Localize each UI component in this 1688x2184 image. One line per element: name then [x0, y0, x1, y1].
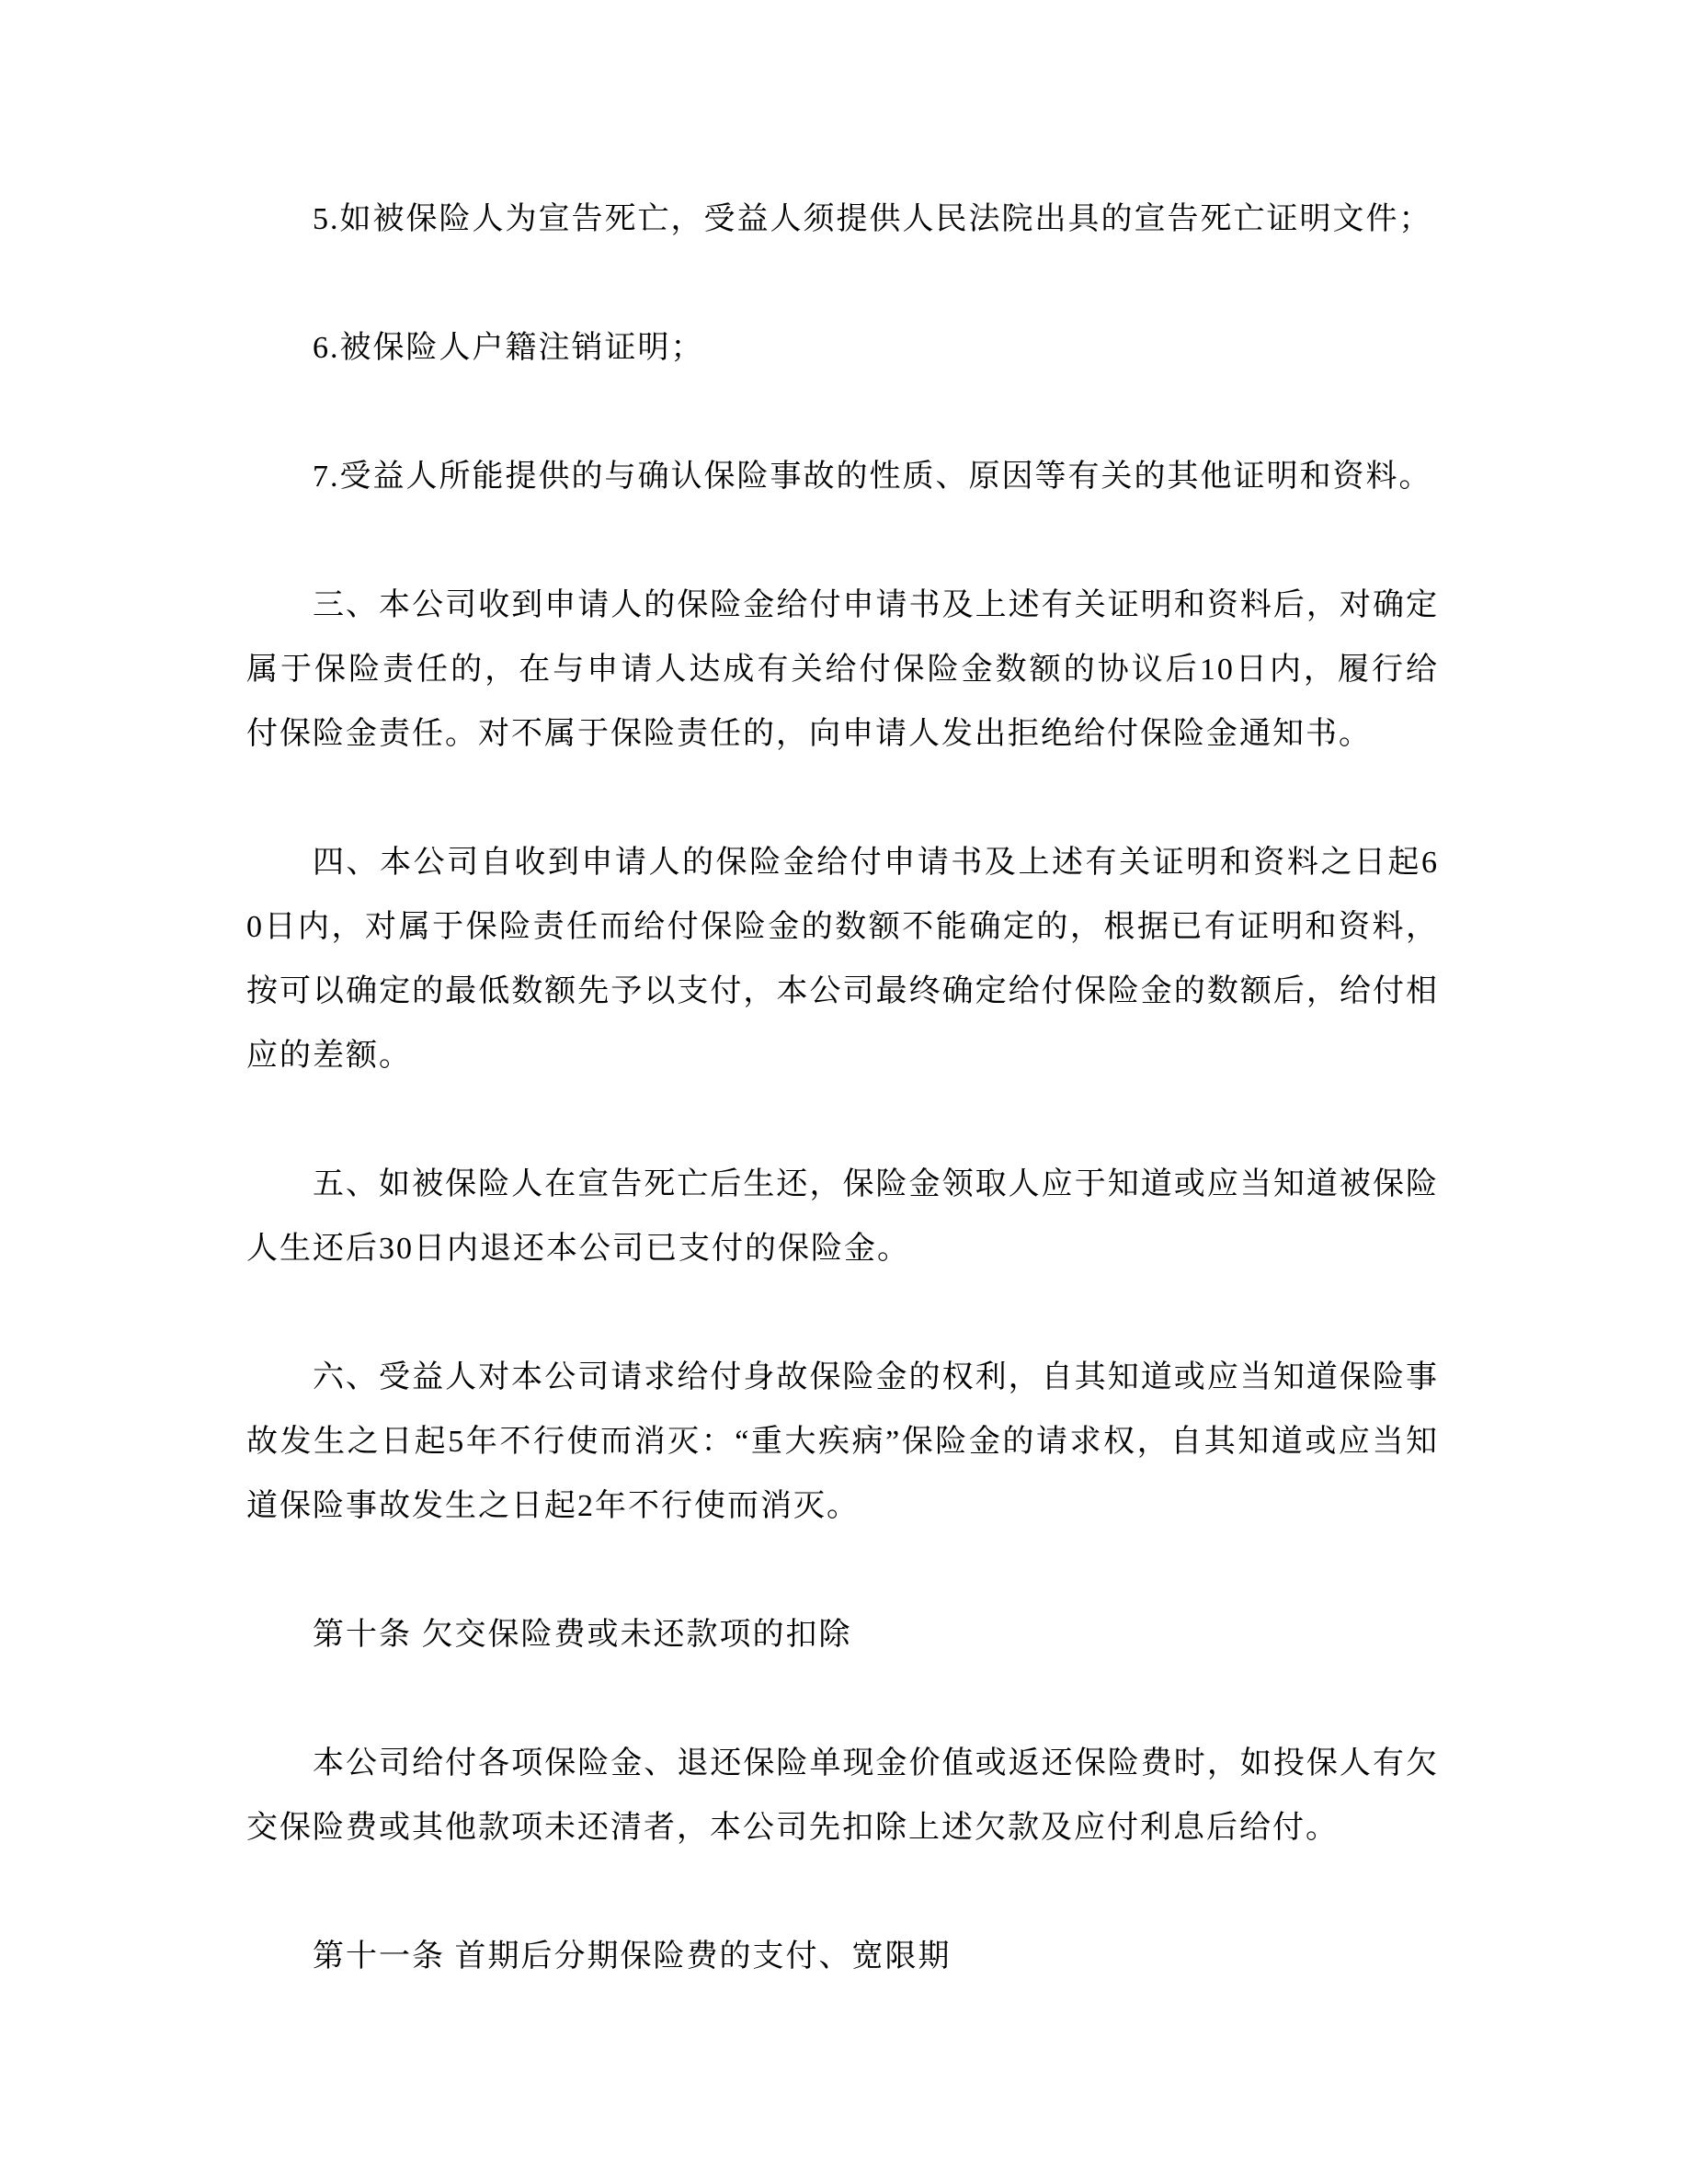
paragraph: 四、本公司自收到申请人的保险金给付申请书及上述有关证明和资料之日起60日内，对属…: [246, 831, 1439, 1088]
article-heading: 第十一条 首期后分期保险费的支付、宽限期: [246, 1925, 1439, 1989]
paragraph: 五、如被保险人在宣告死亡后生还，保险金领取人应于知道或应当知道被保险人生还后30…: [246, 1153, 1439, 1281]
paragraph: 7.受益人所能提供的与确认保险事故的性质、原因等有关的其他证明和资料。: [246, 445, 1439, 509]
document-page: 5.如被保险人为宣告死亡，受益人须提供人民法院出具的宣告死亡证明文件；6.被保险…: [0, 0, 1688, 2184]
paragraph: 6.被保险人户籍注销证明；: [246, 316, 1439, 381]
paragraph: 三、本公司收到申请人的保险金给付申请书及上述有关证明和资料后，对确定属于保险责任…: [246, 574, 1439, 767]
paragraph: 六、受益人对本公司请求给付身故保险金的权利，自其知道或应当知道保险事故发生之日起…: [246, 1346, 1439, 1539]
paragraph: 本公司给付各项保险金、退还保险单现金价值或返还保险费时，如投保人有欠交保险费或其…: [246, 1732, 1439, 1860]
paragraph: 5.如被保险人为宣告死亡，受益人须提供人民法院出具的宣告死亡证明文件；: [246, 188, 1439, 252]
article-heading: 第十条 欠交保险费或未还款项的扣除: [246, 1603, 1439, 1667]
document-content: 5.如被保险人为宣告死亡，受益人须提供人民法院出具的宣告死亡证明文件；6.被保险…: [246, 188, 1439, 1989]
